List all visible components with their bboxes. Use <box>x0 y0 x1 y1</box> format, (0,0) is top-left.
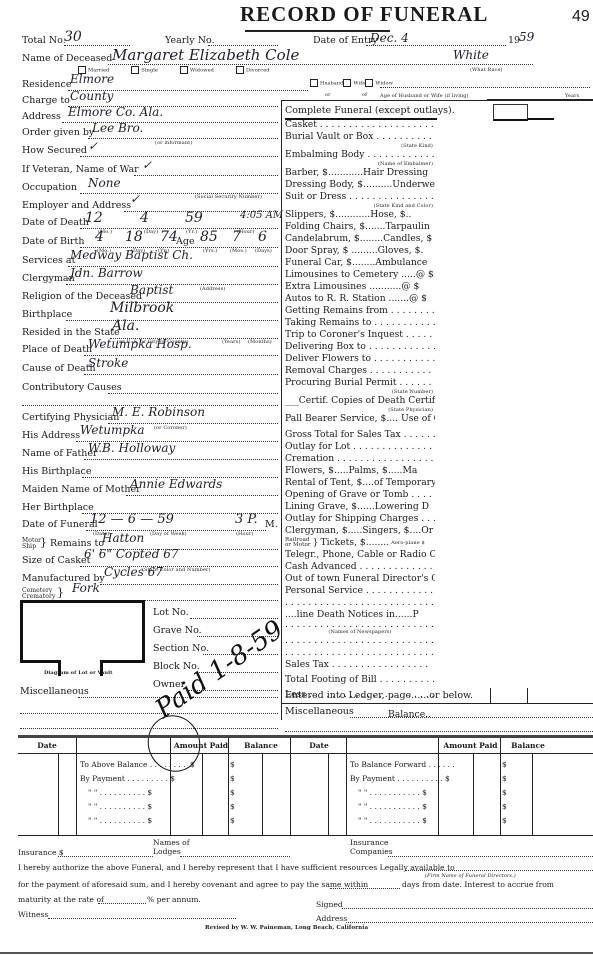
casket-size-value[interactable]: 6' 6" Copted 67 <box>84 547 179 561</box>
balance-cell[interactable]: $ <box>502 760 507 774</box>
charge-item[interactable]: Opening of Grave or Tomb . . . . . . <box>285 489 435 501</box>
tickets-label: Tickets, $........ <box>320 537 389 549</box>
address-label: Address <box>22 111 61 123</box>
birthplace-line <box>66 320 278 321</box>
checkbox-icon[interactable] <box>343 79 351 87</box>
ledger-table-bottom <box>18 835 593 836</box>
ledger-row[interactable]: " " . . . . . . . . . . . $ <box>350 816 455 830</box>
misc-right-field[interactable] <box>350 717 593 718</box>
charges-box-left-border <box>281 100 282 720</box>
ledger-row[interactable]: To Balance Forward . . . . . . <box>350 760 455 774</box>
balance-cell[interactable]: $ <box>502 774 507 788</box>
spouse-name-field[interactable] <box>380 87 590 88</box>
charge-item[interactable]: Extra Limousines ...........@ $ <box>285 281 435 293</box>
ledger-col-line <box>500 738 501 835</box>
his-address-label: His Address <box>22 430 80 442</box>
his-address-value[interactable]: Wetumpka <box>80 423 145 437</box>
race-caption: (What Race) <box>470 67 503 73</box>
death-hour[interactable]: 4:05 AM <box>240 210 283 221</box>
birthplace-value[interactable]: Milbrook <box>110 300 174 316</box>
caption-mos: (Mos.) <box>230 248 247 254</box>
days-field[interactable] <box>330 888 400 889</box>
charge-item[interactable]: Folding Chairs, $.......Tarpaulin <box>285 221 435 233</box>
caption-day: (Day) <box>144 229 158 235</box>
birth-month[interactable]: 4 <box>95 229 104 245</box>
charge-item[interactable]: Funeral Car, $........Ambulance <box>285 257 435 269</box>
caption-yrs: (Yrs.) <box>203 248 217 254</box>
charges-list: Casket . . . . . . . . . . . . . . . . .… <box>285 119 435 721</box>
witness-label: Witness <box>18 910 48 919</box>
remains-value[interactable]: Hatton <box>102 531 144 545</box>
diagram-base-right <box>100 660 142 663</box>
charge-item[interactable]: Limousines to Cemetery .....@ $ <box>285 269 435 281</box>
ssn-caption: (Social Security Number) <box>195 194 262 200</box>
misc-field-2[interactable] <box>20 713 278 714</box>
ledger-col-line <box>328 753 329 835</box>
checkbox-icon[interactable] <box>365 79 373 87</box>
ledger-right-rows: To Balance Forward . . . . . . By Paymen… <box>350 760 455 830</box>
marital-divorced[interactable]: Divorced <box>236 66 270 74</box>
manufactured-line <box>100 584 278 585</box>
charge-item[interactable]: Candelabrum, $........Candles, $ <box>285 233 435 245</box>
charge-item[interactable]: Flowers, $.....Palms, $.....Ma <box>285 465 435 477</box>
lodges-label: Names ofLodges <box>153 838 190 856</box>
grave-no-label: Grave No. <box>153 625 202 637</box>
ledger-col-line <box>532 753 533 835</box>
charge-item[interactable]: Outlay for Lot . . . . . . . . . . . . .… <box>285 441 435 453</box>
birthplace-label: Birthplace <box>22 309 72 321</box>
charge-item[interactable]: Dressing Body, $..........Underwear <box>285 179 435 191</box>
lodges-field[interactable] <box>180 856 290 857</box>
birth-day[interactable]: 18 <box>125 229 143 245</box>
ledger-table-header-bottom <box>18 753 593 754</box>
ledger-right-balance: $ $ $ $ $ <box>502 760 507 830</box>
authorization-para-1: I hereby authorize the above Funeral, an… <box>18 863 455 872</box>
death-year[interactable]: 59 <box>185 210 203 226</box>
charge-item[interactable]: Cremation . . . . . . . . . . . . . . . … <box>285 453 435 465</box>
charges-box-top-border <box>281 100 593 101</box>
misc-right-field-2[interactable] <box>285 731 593 732</box>
physician-value[interactable]: M. E. Robinson <box>112 405 205 419</box>
total-footing-item[interactable]: Total Footing of Bill . . . . . . . . . … <box>285 674 435 686</box>
ledger-row[interactable]: By Payment . . . . . . . . . . $ <box>350 774 455 788</box>
charge-item[interactable]: Out of town Funeral Director's C <box>285 573 435 585</box>
checkbox-icon[interactable] <box>310 79 318 87</box>
balance-cell[interactable]: $ <box>502 816 507 830</box>
crematory-label: Crematory <box>22 593 55 600</box>
address-caption: (Address) <box>200 286 225 292</box>
name-of-deceased-value[interactable]: Margaret Elizabeth Cole <box>112 46 299 64</box>
order-given-caption: (or informant) <box>155 140 192 146</box>
ledger-col-line <box>262 753 263 835</box>
authorization-para-2: for the payment of aforesaid sum, and I … <box>18 880 368 889</box>
occupation-value[interactable]: None <box>88 176 121 190</box>
checkbox-icon[interactable] <box>131 66 139 74</box>
charge-item[interactable]: Slippers, $............Hose, $.. <box>285 209 435 221</box>
ledger-header-date-left: Date <box>18 741 76 750</box>
father-line <box>84 459 278 460</box>
caption-hour: (Hour) <box>236 531 253 537</box>
maturity-label: maturity at the rate of <box>18 895 104 904</box>
age-months[interactable]: 7 <box>232 229 241 245</box>
death-month[interactable]: 12 <box>85 210 103 226</box>
balance-cell[interactable]: $ <box>230 816 235 830</box>
ledger-header-balance-right: Balance <box>503 741 553 750</box>
charge-item[interactable]: Pall Bearer Service, $.... Use of C <box>285 413 435 425</box>
physician-caption: (or Coroner) <box>154 425 187 431</box>
years-caption: (Years) <box>222 339 240 345</box>
firm-caption: (Firm Name of Funeral Directors.) <box>425 873 516 879</box>
page-number: 49 <box>572 8 590 26</box>
ledger-row[interactable]: By Payment . . . . . . . . . $ <box>80 774 195 788</box>
section-no-label: Section No. <box>153 643 209 655</box>
charge-item[interactable]: Removal Charges . . . . . . . . . . . . … <box>285 365 435 377</box>
charge-item[interactable]: Gross Total for Sales Tax . . . . . . . … <box>285 429 435 441</box>
charge-item[interactable]: Deliver Flowers to . . . . . . . . . . .… <box>285 353 435 365</box>
charge-to-label: Charge to <box>22 95 70 107</box>
ledger-header-amount-left: Amount Paid <box>170 741 232 750</box>
ledger-row[interactable]: " " . . . . . . . . . . . $ <box>350 788 455 802</box>
mother-line <box>126 495 278 496</box>
address-value[interactable]: Elmore Co. Ala. <box>68 105 163 119</box>
mother-label: Maiden Name of Mother <box>22 484 141 496</box>
ledger-table-top <box>18 735 593 738</box>
aeroplane-label: Aero-plane $ <box>391 537 425 549</box>
blank-line[interactable]: . . . . . . . . . . . . . . . . . . . . … <box>285 647 435 659</box>
veteran-label: If Veteran, Name of War <box>22 164 139 176</box>
signed-label: Signed <box>316 900 343 909</box>
blank-line[interactable]: . . . . . . . . . . . . . . . . . . . . … <box>285 621 435 629</box>
mother-value[interactable]: Annie Edwards <box>130 477 222 491</box>
employer-value[interactable]: ✓ <box>130 192 140 206</box>
funeral-m-label: M. <box>265 519 278 531</box>
insurance-label: Insurance $ <box>18 848 64 857</box>
charge-item[interactable]: Lining Grave, $......Lowering D <box>285 501 435 513</box>
charge-item[interactable]: Delivering Box to . . . . . . . . . . . … <box>285 341 435 353</box>
or-label: or <box>325 92 331 98</box>
sales-tax-item[interactable]: Sales Tax . . . . . . . . . . . . . . . … <box>285 659 435 671</box>
date-of-death-label: Date of Death <box>22 217 89 229</box>
lot-diagram[interactable] <box>20 600 145 663</box>
balance-cell[interactable]: $ <box>230 802 235 816</box>
charge-item[interactable]: Suit or Dress . . . . . . . . . . . . . … <box>285 191 435 203</box>
address-footer-field[interactable] <box>346 922 593 923</box>
complete-funeral-label: Complete Funeral (except outlays). <box>285 105 455 117</box>
address-footer-label: Address <box>316 914 347 923</box>
how-secured-label: How Secured <box>22 145 87 157</box>
total-no-label: Total No. <box>22 35 66 47</box>
blank-line[interactable]: . . . . . . . . . . . . . . . . . . . . … <box>285 635 435 647</box>
total-no-value[interactable]: 30 <box>64 29 82 45</box>
price-dollars-box[interactable] <box>493 104 528 121</box>
of-label: of <box>362 92 367 98</box>
resided-value[interactable]: Ala. <box>112 318 139 334</box>
cause-of-death-value[interactable]: Stroke <box>88 356 128 370</box>
balance-cell[interactable]: $ <box>502 802 507 816</box>
ledger-left-balance: $ $ $ $ $ <box>230 760 235 830</box>
revised-credit: Revised by W. W. Paineman, Long Beach, C… <box>205 925 368 931</box>
order-given-label: Order given by <box>22 127 94 139</box>
spouse-wife[interactable]: Wife <box>343 79 365 87</box>
ledger-col-line <box>202 753 203 835</box>
balance-cell[interactable]: $ <box>230 774 235 788</box>
page-title: RECORD OF FUNERAL <box>240 2 488 27</box>
charge-item[interactable]: Burial Vault or Box . . . . . . . . . . … <box>285 131 435 143</box>
blank-line[interactable]: . . . . . . . . . . . . . . . . . . . . … <box>285 597 435 609</box>
signed-field[interactable] <box>342 908 593 909</box>
marital-widowed[interactable]: Widowed <box>180 66 214 74</box>
clergyman-value[interactable]: Jdn. Barrow <box>70 266 143 280</box>
order-given-line <box>88 138 278 139</box>
ledger-col-line <box>58 753 59 835</box>
charge-item[interactable]: Embalming Body . . . . . . . . . . . . <box>285 149 435 161</box>
insurance-companies-field[interactable] <box>388 856 593 857</box>
contributory-label: Contributory Causes <box>22 382 122 394</box>
ledger-row[interactable]: To Above Balance . . . . . . . . $ <box>80 760 195 774</box>
charge-item[interactable]: Autos to R. R. Station .......@ $ <box>285 293 435 305</box>
witness-field[interactable] <box>48 918 236 919</box>
charge-item[interactable]: Procuring Burial Permit . . . . . . . . <box>285 377 435 389</box>
race-value[interactable]: White <box>453 48 489 62</box>
religion-value[interactable]: Baptist <box>130 283 173 297</box>
ledger-left-rows: To Above Balance . . . . . . . . $ By Pa… <box>80 760 195 830</box>
ledger-divider <box>490 688 491 703</box>
date-of-birth-label: Date of Birth <box>22 236 85 248</box>
per-annum-label: % per annum. <box>147 895 201 904</box>
contributory-field[interactable] <box>108 393 278 394</box>
age-days[interactable]: 6 <box>258 229 267 245</box>
diagram-caption: Diagram of Lot or Vault <box>44 670 113 676</box>
employer-label: Employer and Address <box>22 200 131 212</box>
cemetery-value[interactable]: Fork <box>72 581 100 595</box>
insurance-companies-label: InsuranceCompanies <box>350 838 393 856</box>
ledger-col-line <box>473 753 474 835</box>
page-bottom-edge <box>0 952 593 954</box>
year-value[interactable]: 59 <box>519 30 534 44</box>
funeral-date-value[interactable]: 12 — 6 — 59 <box>90 512 174 527</box>
charge-item[interactable]: Cash Advanced . . . . . . . . . . . . . … <box>285 561 435 573</box>
death-day[interactable]: 4 <box>140 210 149 226</box>
ledger-col-line <box>228 738 229 835</box>
age-spouse-caption: Age of Husband or Wife (if living) <box>380 93 469 99</box>
spouse-husband[interactable]: Husband <box>310 79 343 87</box>
date-of-entry-value[interactable]: Dec. 4 <box>370 31 409 45</box>
ledger-col-line <box>290 738 291 835</box>
place-of-death-value[interactable]: Wetumpka Hosp. <box>88 337 192 351</box>
place-of-death-label: Place of Death <box>22 344 92 356</box>
or-motor-label: or Motor <box>285 542 311 548</box>
charge-item[interactable]: Personal Service . . . . . . . . . . . .… <box>285 585 435 597</box>
title-underline <box>245 30 390 32</box>
charge-item[interactable]: Barber, $............Hair Dressing <box>285 167 435 179</box>
ledger-header-amount-right: Amount Paid <box>438 741 503 750</box>
brace: } <box>57 587 64 599</box>
charge-item[interactable]: Rental of Tent, $....of Temporary <box>285 477 435 489</box>
age-years[interactable]: 85 <box>200 229 218 245</box>
balance-cell[interactable]: $ <box>502 788 507 802</box>
price-cents-box[interactable] <box>527 104 554 120</box>
ledger-col-line <box>76 738 77 835</box>
months-caption: (Months) <box>248 339 272 345</box>
father-value[interactable]: W.B. Holloway <box>88 441 175 455</box>
lot-no-label: Lot No. <box>153 607 189 619</box>
charge-item-tickets[interactable]: Railroador Motor } Tickets, $........ Ae… <box>285 537 435 549</box>
charge-item[interactable]: Trip to Coroner's Inquest . . . . . . . <box>285 329 435 341</box>
misc-right-label: Miscellaneous <box>285 706 354 718</box>
how-secured-line <box>80 156 278 157</box>
date-of-entry-line <box>366 45 506 46</box>
caption-yr: (Yr.) <box>186 229 197 235</box>
ledger-header-date-right: Date <box>290 741 348 750</box>
charge-item[interactable]: Getting Remains from . . . . . . . . . <box>285 305 435 317</box>
balance-cell[interactable]: $ <box>230 760 235 774</box>
checkbox-icon[interactable] <box>180 66 188 74</box>
charge-item[interactable]: Telegr., Phone, Cable or Radio Ch <box>285 549 435 561</box>
firm-name-field[interactable] <box>405 870 593 871</box>
residence-label: Residence <box>22 79 71 91</box>
insurance-field[interactable] <box>58 856 153 857</box>
charge-item[interactable]: Taking Remains to . . . . . . . . . . . … <box>285 317 435 329</box>
ledger-line <box>281 703 593 704</box>
name-line <box>108 64 533 65</box>
occupation-label: Occupation <box>22 182 77 194</box>
authorization-para-2b: days from date. Interest to accrue from <box>402 880 554 889</box>
ledger-row[interactable]: " " . . . . . . . . . . $ <box>80 788 195 802</box>
caption-days: (Days) <box>255 248 272 254</box>
charge-item[interactable]: Door Spray, $ .........Gloves, $. <box>285 245 435 257</box>
charge-item[interactable]: Outlay for Shipping Charges . . . . . <box>285 513 435 525</box>
spouse-checkboxes: Husband Wife Widow <box>310 79 393 87</box>
order-given-value[interactable]: Lee Bro. <box>92 121 143 135</box>
rate-field[interactable] <box>98 903 146 904</box>
name-of-deceased-label: Name of Deceased <box>22 53 112 65</box>
ledger-header-balance-left: Balance <box>232 741 290 750</box>
cause-line <box>84 374 278 375</box>
spouse-widow[interactable]: Widow <box>365 79 393 87</box>
how-secured-value[interactable]: ✓ <box>88 139 98 153</box>
funeral-hour-value[interactable]: 3 P. <box>235 512 258 527</box>
ledger-row[interactable]: " " . . . . . . . . . . $ <box>80 816 195 830</box>
residence-value[interactable]: Elmore <box>70 72 114 86</box>
charge-item[interactable]: Casket . . . . . . . . . . . . . . . . .… <box>285 119 435 131</box>
entered-into-ledger: Entered into Ledger, page......or below. <box>285 690 473 702</box>
charge-to-value[interactable]: County <box>70 89 113 103</box>
brace: } <box>40 537 47 549</box>
veteran-value[interactable]: ✓ <box>142 158 152 172</box>
diagram-base-left <box>20 660 60 663</box>
ledger-divider <box>527 688 528 703</box>
charge-item[interactable]: Clergyman, $.....Singers, $....Or <box>285 525 435 537</box>
services-value[interactable]: Medway Baptist Ch. <box>70 248 193 262</box>
marital-single[interactable]: Single <box>131 66 158 74</box>
manufactured-value[interactable]: Cycles 67 <box>104 565 163 579</box>
ledger-row[interactable]: " " . . . . . . . . . . $ <box>80 802 195 816</box>
ledger-row[interactable]: " " . . . . . . . . . . . $ <box>350 802 455 816</box>
charge-item[interactable]: ___Certif. Copies of Death Certificate <box>285 395 435 407</box>
balance-cell[interactable]: $ <box>230 788 235 802</box>
caption-day-of-week: (Day of Week) <box>150 531 187 537</box>
ship-label: Ship <box>22 543 36 550</box>
veteran-line <box>134 175 278 176</box>
ledger-col-line <box>346 738 347 835</box>
checkbox-icon[interactable] <box>236 66 244 74</box>
